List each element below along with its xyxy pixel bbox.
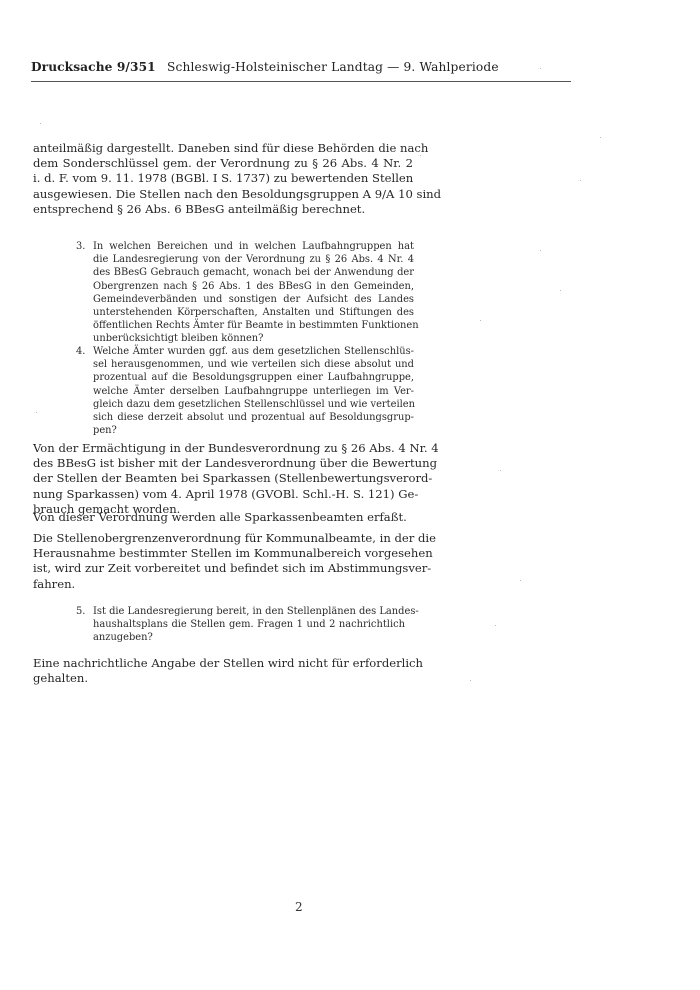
text-line: fahren. <box>33 577 413 592</box>
text-line: ausgewiesen. Die Stellen nach den Besold… <box>33 187 413 202</box>
text-line: unberücksichtigt bleiben können? <box>93 332 414 345</box>
scan-speck <box>600 137 601 138</box>
scan-speck <box>480 320 481 321</box>
text-line: In welchen Bereichen und in welchen Lauf… <box>93 240 414 253</box>
text-line: haushaltsplans die Stellen gem. Fragen 1… <box>93 618 405 631</box>
text-line: i. d. F. vom 9. 11. 1978 (BGBl. I S. 173… <box>33 171 413 186</box>
text-line: sel herausgenommen, und wie verteilen si… <box>93 358 414 371</box>
text-line: anzugeben? <box>93 631 405 644</box>
text-line: des BBesG ist bisher mit der Landesveror… <box>33 456 413 471</box>
text-line: ist, wird zur Zeit vorbereitet und befin… <box>33 561 413 576</box>
text-line: nung Sparkassen) vom 4. April 1978 (GVOB… <box>33 487 413 502</box>
scan-speck <box>495 68 496 69</box>
text-line: Gemeindeverbänden und sonstigen der Aufs… <box>93 293 414 306</box>
scan-speck <box>495 625 496 626</box>
question-3: 3. In welchen Bereichen und in welchen L… <box>76 240 414 350</box>
text-line: Herausnahme bestimmter Stellen im Kommun… <box>33 546 413 561</box>
text-line: dem Sonderschlüssel gem. der Verordnung … <box>33 156 413 171</box>
header-rule <box>31 81 571 82</box>
text-line: Die Stellenobergrenzenverordnung für Kom… <box>33 531 413 546</box>
page-header: Drucksache 9/351 Schleswig-Holsteinische… <box>31 58 571 76</box>
question-number: 3. <box>76 240 85 253</box>
scan-speck <box>580 180 581 181</box>
answer-paragraph: Von der Ermächtigung in der Bundesverord… <box>33 441 413 517</box>
text-line: der Stellen der Beamten bei Sparkassen (… <box>33 471 413 486</box>
question-5: 5. Ist die Landesregierung bereit, in de… <box>76 605 414 647</box>
text-line: Von dieser Verordnung werden alle Sparka… <box>33 510 413 525</box>
scan-speck <box>520 580 521 581</box>
scan-speck <box>40 123 41 124</box>
scan-speck <box>470 680 471 681</box>
text-line: sich diese derzeit absolut und prozentua… <box>93 411 414 424</box>
document-page: Drucksache 9/351 Schleswig-Holsteinische… <box>0 0 700 990</box>
text-line: öffentlichen Rechts Ämter für Beamte in … <box>93 319 414 332</box>
scan-speck <box>36 412 37 413</box>
text-line: Eine nachrichtliche Angabe der Stellen w… <box>33 656 389 671</box>
scan-speck <box>420 155 421 156</box>
answer-paragraph: Die Stellenobergrenzenverordnung für Kom… <box>33 531 413 592</box>
page-number: 2 <box>295 900 303 914</box>
scan-speck <box>560 290 561 291</box>
text-line: gleich dazu dem gesetzlichen Stellenschl… <box>93 398 414 411</box>
text-line: anteilmäßig dargestellt. Daneben sind fü… <box>33 141 413 156</box>
text-line: Von der Ermächtigung in der Bundesverord… <box>33 441 413 456</box>
text-line: gehalten. <box>33 671 389 686</box>
document-number: Drucksache 9/351 <box>31 58 156 76</box>
scan-speck <box>540 68 541 69</box>
text-line: Obergrenzen nach § 26 Abs. 1 des BBesG i… <box>93 280 414 293</box>
question-number: 5. <box>76 605 85 618</box>
text-line: entsprechend § 26 Abs. 6 BBesG anteilmäß… <box>33 202 413 217</box>
scan-speck <box>540 250 541 251</box>
text-line: pen? <box>93 424 414 437</box>
text-line: Welche Ämter wurden ggf. aus dem gesetzl… <box>93 345 414 358</box>
intro-paragraph: anteilmäßig dargestellt. Daneben sind fü… <box>33 141 413 217</box>
text-line: Ist die Landesregierung bereit, in den S… <box>93 605 405 618</box>
question-number: 4. <box>76 345 85 358</box>
scan-speck <box>500 470 501 471</box>
answer-5-paragraph: Eine nachrichtliche Angabe der Stellen w… <box>33 656 389 686</box>
header-title: Schleswig-Holsteinischer Landtag — 9. Wa… <box>167 58 499 76</box>
text-line: prozentual auf die Besoldungsgruppen ein… <box>93 371 414 384</box>
answer-paragraph: Von dieser Verordnung werden alle Sparka… <box>33 510 413 525</box>
text-line: die Landesregierung von der Verordnung z… <box>93 253 414 266</box>
text-line: welche Ämter derselben Laufbahngruppe un… <box>93 385 414 398</box>
question-4: 4. Welche Ämter wurden ggf. aus dem gese… <box>76 345 414 440</box>
text-line: des BBesG Gebrauch gemacht, wonach bei d… <box>93 266 414 279</box>
text-line: unterstehenden Körperschaften, Anstalten… <box>93 306 414 319</box>
